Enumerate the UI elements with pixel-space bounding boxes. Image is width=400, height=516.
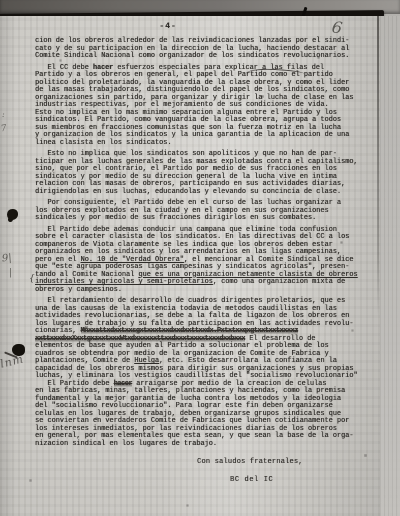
text-segment: linea clasista en los sindicatos. [35,139,171,147]
handwritten-margin-stroke: | [9,268,12,278]
paragraph: El Partido debe ademas conducir una camp… [35,227,381,295]
paragraph: El retardamiento de desarrollo de cuadro… [35,298,381,381]
text-segment: obreros y campesinos. [35,286,122,294]
paragraph: El CC debe hacer esfuerzos especiales pa… [35,65,381,148]
paragraph: Por consiguiente, el Partido debe en el … [35,200,381,223]
text-line: Comite Sindical Nacional como organizado… [35,53,381,61]
handwritten-margin-numeral: 9| [2,253,12,265]
handwritten-margin-brace: { [29,274,35,284]
text-segment: sindicales y por medio de sus fracciones… [35,214,316,222]
paragraph: Esto no implica que los sindicatos son a… [35,151,381,196]
paragraph: cion de los obreros alrededor de las rei… [35,38,381,61]
text-segment: nizacion sindical en los lugares de trab… [35,440,217,448]
paper-speckles [0,0,1,1]
document-body: cion de los obreros alrededor de las rei… [35,38,381,448]
text-line: nizacion sindical en los lugares de trab… [35,441,381,449]
text-line: obreros y campesinos. [35,287,381,295]
text-segment: dirigiendolas en sus luchas, educandolas… [35,188,341,196]
text-segment: cionarias, [35,327,81,335]
text-segment: Comite Sindical Nacional como organizado… [35,52,349,60]
page-number: -4- [148,22,188,31]
handwritten-margin-speck: : [2,110,5,119]
scanner-edge-strip [380,16,400,516]
text-line: dirigiendolas en sus luchas, educandolas… [35,189,381,197]
handwritten-margin-seven: 7 [0,124,7,135]
paragraph: El Partido debe hacer arraigarse por med… [35,381,381,449]
closing-signature: BC del IC [230,476,273,484]
text-segment: , como una organizacion mixta de [213,278,345,286]
ink-blot [12,344,25,356]
closing-salute: Con saludos fraternales, [197,458,303,466]
text-line: sindicales y por medio de sus fracciones… [35,215,381,223]
text-line: linea clasista en los sindicatos. [35,140,381,148]
